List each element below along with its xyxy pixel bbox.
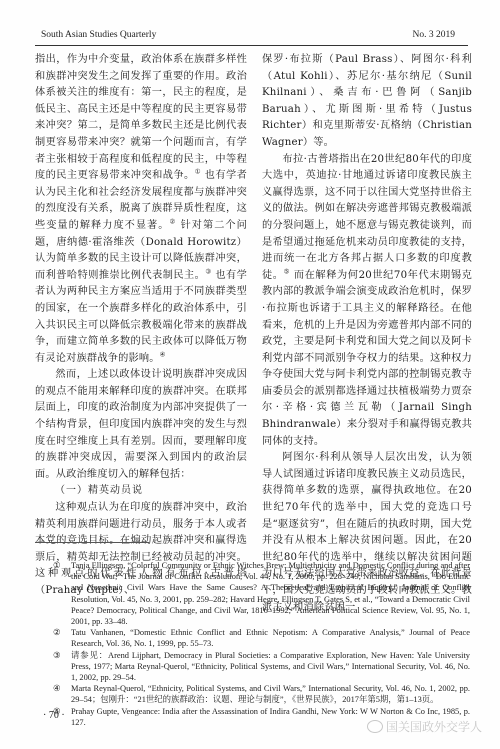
paragraph: 保罗·布拉斯（Paul Brass）、阿图尔·科利（Atul Kohli）、苏尼… (262, 52, 472, 152)
section-heading: （一）精英动员说 (35, 483, 247, 500)
journal-title: South Asian Studies Quarterly (41, 30, 156, 40)
wechat-icon (367, 720, 383, 733)
footnote: ①Tanja Ellingsen, “Colorful Community or… (35, 560, 470, 627)
page-number: · 70 · (43, 710, 65, 721)
footnote-rule (35, 542, 149, 543)
footnotes: ①Tanja Ellingsen, “Colorful Community or… (35, 560, 470, 728)
right-column: 保罗·布拉斯（Paul Brass）、阿图尔·科利（Atul Kohli）、苏尼… (262, 52, 472, 616)
paragraph: 然而，上述以政体设计说明族群冲突成因的观点不能用来解释印度的族群冲突。在联邦层面… (35, 367, 247, 483)
paragraph: 指出，作为中介变量，政治体系在族群多样性和族群冲突发生之间发挥了重要的作用。政治… (35, 52, 247, 367)
header-rule (35, 45, 468, 46)
left-column: 指出，作为中介变量，政治体系在族群多样性和族群冲突发生之间发挥了重要的作用。政治… (35, 52, 247, 600)
footnote-ref[interactable]: ④ (160, 350, 166, 358)
document-page: South Asian Studies Quarterly No. 3 2019… (0, 0, 500, 749)
watermark: 国关国政外交学人 (367, 718, 482, 735)
footnote: ④Marta Reynal-Querol, “Ethnicity, Politi… (35, 683, 470, 705)
footnote: ③请参见：Arend Lijphart, Democracy in Plural… (35, 650, 470, 684)
paragraph: 布拉·古普塔指出在20世纪80年代的印度大选中，英迪拉·甘地通过诉诸印度教民族主… (262, 152, 472, 451)
issue-number: No. 3 2019 (413, 30, 456, 40)
footnote: ②Tatu Vanhanen, “Domestic Ethnic Conflic… (35, 627, 470, 649)
watermark-text: 国关国政外交学人 (386, 718, 482, 735)
running-header: South Asian Studies Quarterly No. 3 2019 (37, 30, 463, 44)
